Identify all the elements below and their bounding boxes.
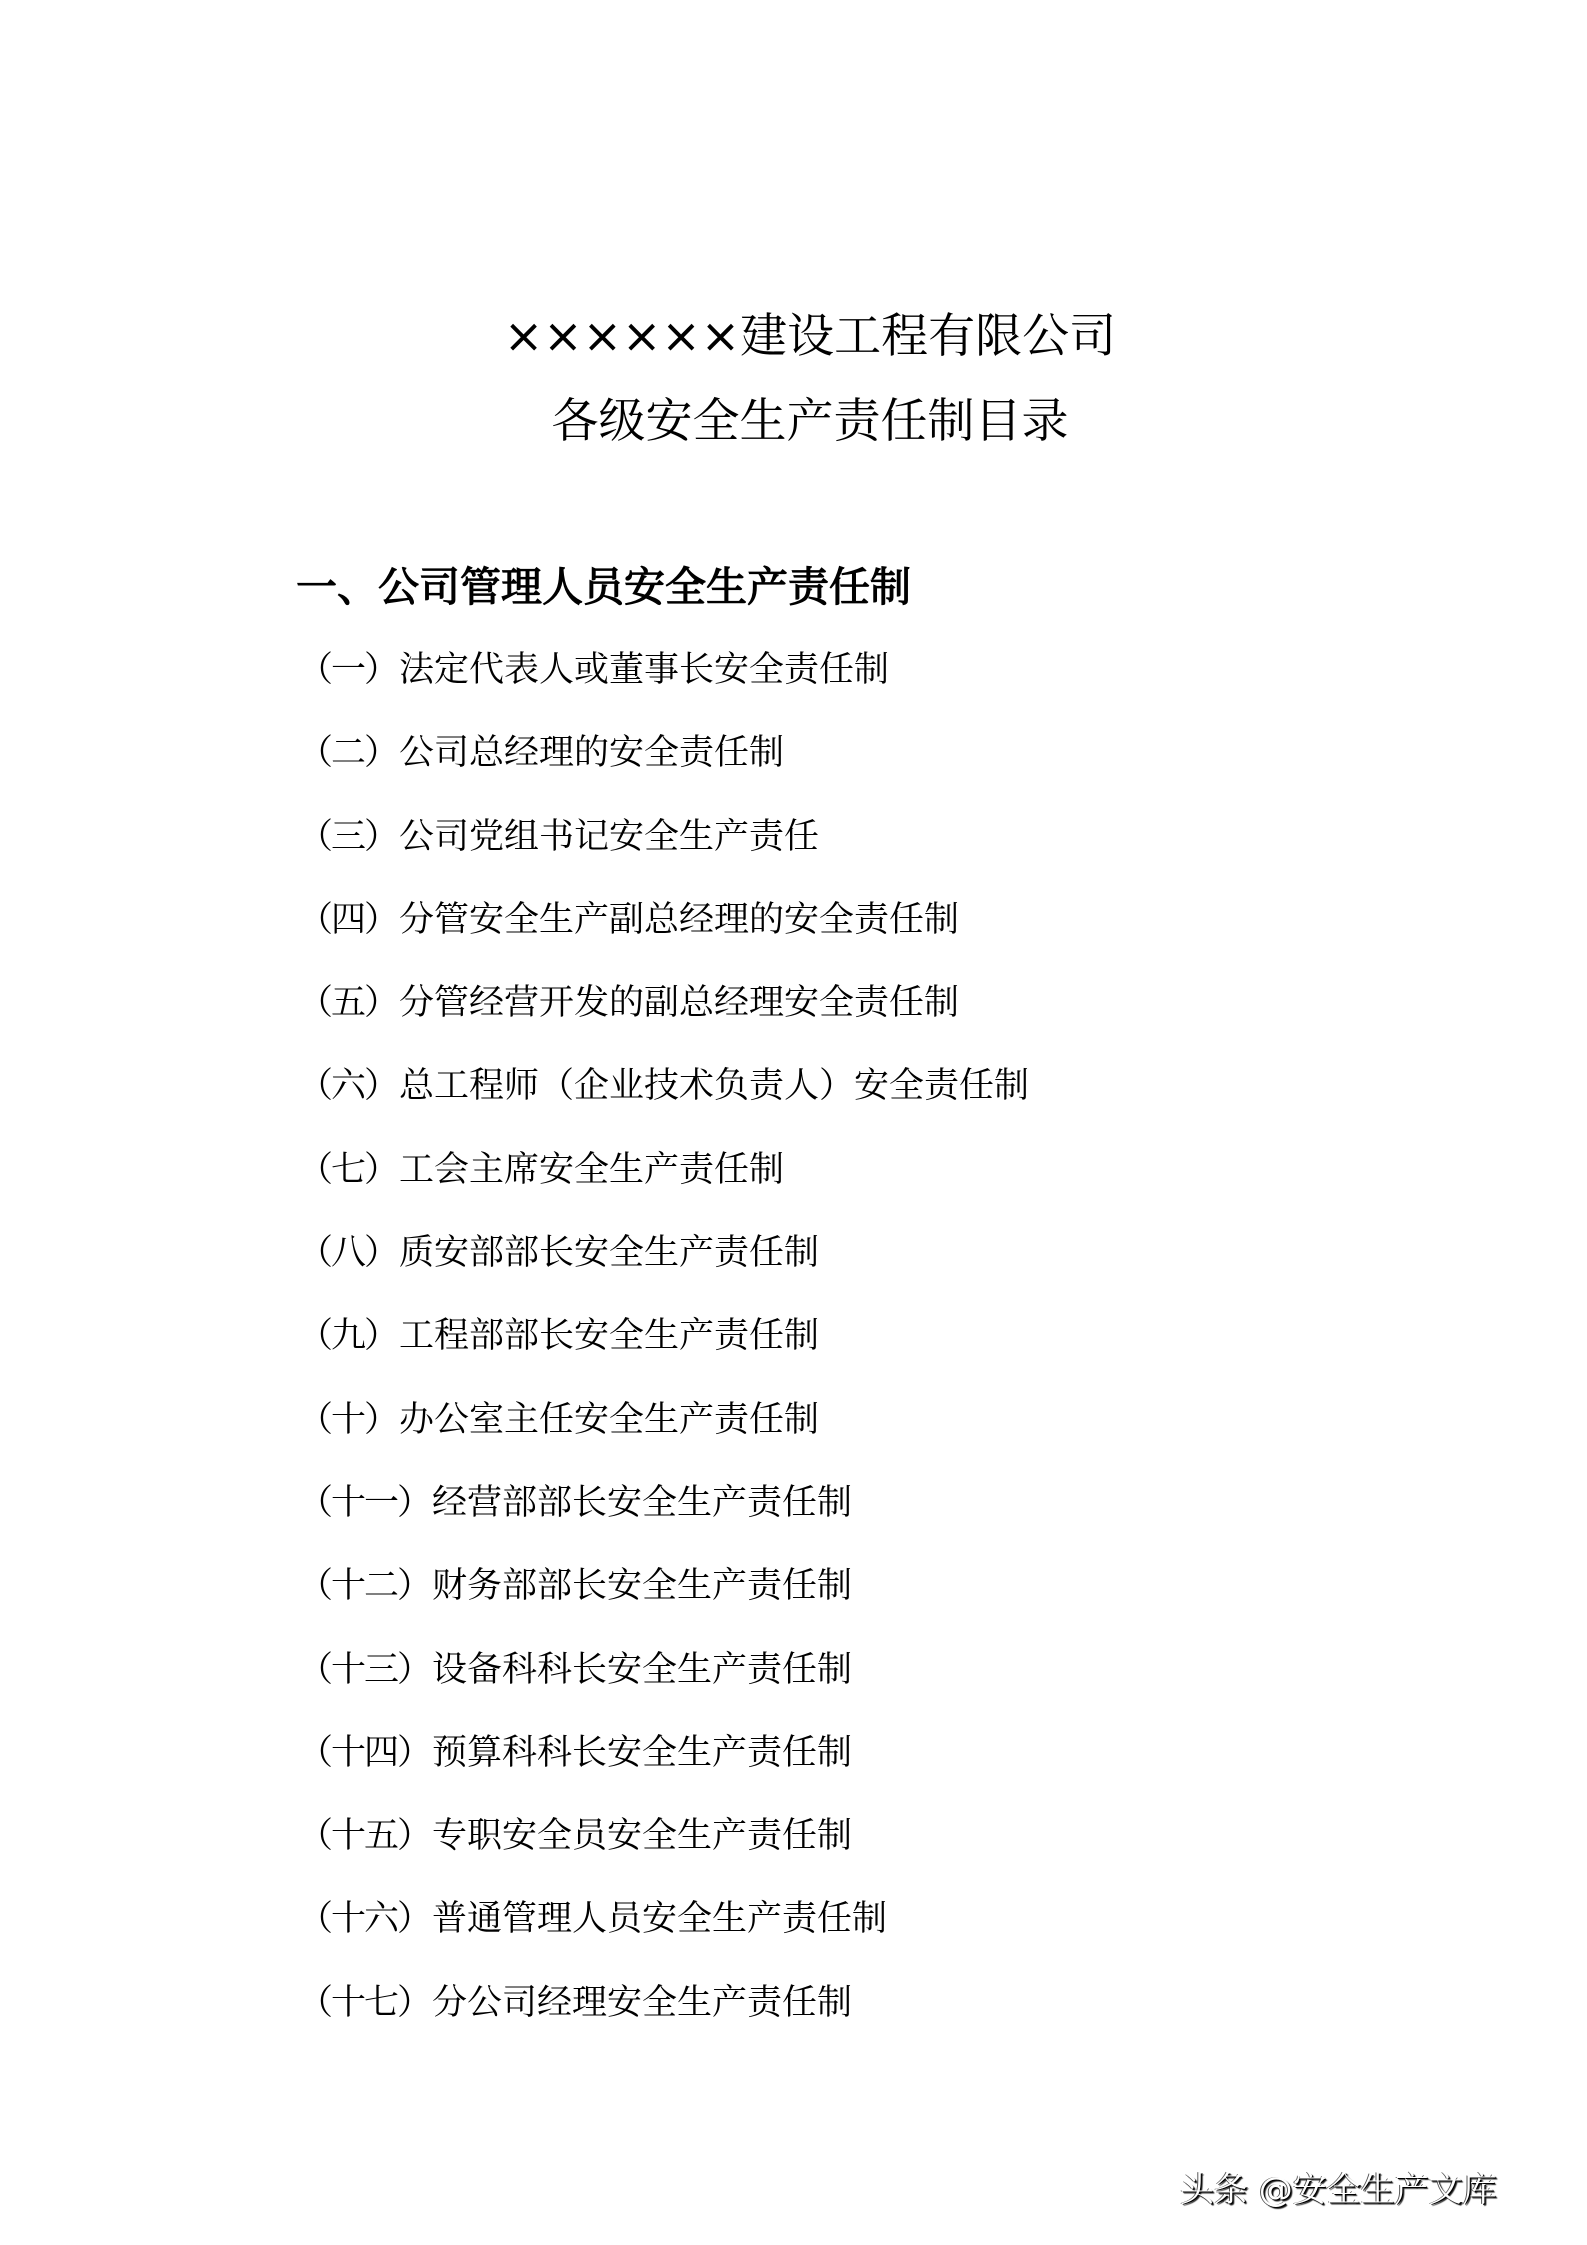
toc-item-label: 工会主席安全生产责任制 xyxy=(399,1146,784,1194)
toc-item-number: （十七） xyxy=(298,1979,430,2027)
toc-item-label: 财务部部长安全生产责任制 xyxy=(432,1562,852,1610)
toc-item: （十一）经营部部长安全生产责任制 xyxy=(298,1479,1029,1562)
toc-item-number: （十六） xyxy=(298,1895,430,1943)
document-page: ××××××建设工程有限公司 各级安全生产责任制目录 一、公司管理人员安全生产责… xyxy=(0,0,1587,2245)
toc-item-number: （十二） xyxy=(298,1562,430,1610)
document-title-company: ××××××建设工程有限公司 xyxy=(0,307,1587,367)
watermark: 头条 @安全生产文库 xyxy=(1180,2166,1497,2214)
toc-item: （十三）设备科科长安全生产责任制 xyxy=(298,1646,1029,1729)
toc-item-number: （十五） xyxy=(298,1812,430,1860)
toc-item: （五）分管经营开发的副总经理安全责任制 xyxy=(298,979,1029,1062)
toc-item: （十五）专职安全员安全生产责任制 xyxy=(298,1812,1029,1895)
toc-item-number: （十三） xyxy=(298,1646,430,1694)
toc-item: （九）工程部部长安全生产责任制 xyxy=(298,1312,1029,1395)
toc-item: （六）总工程师（企业技术负责人）安全责任制 xyxy=(298,1062,1029,1145)
toc-item-label: 质安部部长安全生产责任制 xyxy=(399,1229,819,1277)
document-title-subtitle: 各级安全生产责任制目录 xyxy=(0,392,1587,452)
toc-item-label: 预算科科长安全生产责任制 xyxy=(432,1729,852,1777)
toc-item: （十二）财务部部长安全生产责任制 xyxy=(298,1562,1029,1645)
toc-item-label: 分管经营开发的副总经理安全责任制 xyxy=(399,979,959,1027)
toc-item-label: 分管安全生产副总经理的安全责任制 xyxy=(399,896,959,944)
toc-item-label: 专职安全员安全生产责任制 xyxy=(432,1812,852,1860)
toc-item-label: 工程部部长安全生产责任制 xyxy=(399,1312,819,1360)
toc-item-number: （八） xyxy=(298,1229,397,1277)
toc-item: （一）法定代表人或董事长安全责任制 xyxy=(298,646,1029,729)
toc-item: （四）分管安全生产副总经理的安全责任制 xyxy=(298,896,1029,979)
toc-item-number: （十一） xyxy=(298,1479,430,1527)
toc-item-number: （七） xyxy=(298,1146,397,1194)
toc-item-number: （十） xyxy=(298,1396,397,1444)
toc-item: （十四）预算科科长安全生产责任制 xyxy=(298,1729,1029,1812)
toc-item: （十）办公室主任安全生产责任制 xyxy=(298,1396,1029,1479)
toc-item: （七）工会主席安全生产责任制 xyxy=(298,1146,1029,1229)
toc-item: （十六）普通管理人员安全生产责任制 xyxy=(298,1895,1029,1978)
toc-item-label: 总工程师（企业技术负责人）安全责任制 xyxy=(399,1062,1029,1110)
toc-item: （十七）分公司经理安全生产责任制 xyxy=(298,1979,1029,2062)
toc-item-number: （四） xyxy=(298,896,397,944)
toc-item: （三）公司党组书记安全生产责任 xyxy=(298,813,1029,896)
toc-item-label: 法定代表人或董事长安全责任制 xyxy=(399,646,889,694)
section-heading: 一、公司管理人员安全生产责任制 xyxy=(296,560,911,614)
toc-item-number: （十四） xyxy=(298,1729,430,1777)
toc-item-number: （六） xyxy=(298,1062,397,1110)
toc-item-number: （九） xyxy=(298,1312,397,1360)
toc-item-label: 设备科科长安全生产责任制 xyxy=(432,1646,852,1694)
toc-item: （二）公司总经理的安全责任制 xyxy=(298,729,1029,812)
toc-item-label: 普通管理人员安全生产责任制 xyxy=(432,1895,887,1943)
toc-item-number: （一） xyxy=(298,646,397,694)
toc-item: （八）质安部部长安全生产责任制 xyxy=(298,1229,1029,1312)
toc-list: （一）法定代表人或董事长安全责任制 （二）公司总经理的安全责任制 （三）公司党组… xyxy=(298,646,1029,2062)
toc-item-number: （二） xyxy=(298,729,397,777)
toc-item-label: 公司党组书记安全生产责任 xyxy=(399,813,819,861)
toc-item-number: （五） xyxy=(298,979,397,1027)
toc-item-label: 分公司经理安全生产责任制 xyxy=(432,1979,852,2027)
toc-item-label: 公司总经理的安全责任制 xyxy=(399,729,784,777)
toc-item-label: 办公室主任安全生产责任制 xyxy=(399,1396,819,1444)
toc-item-label: 经营部部长安全生产责任制 xyxy=(432,1479,852,1527)
toc-item-number: （三） xyxy=(298,813,397,861)
